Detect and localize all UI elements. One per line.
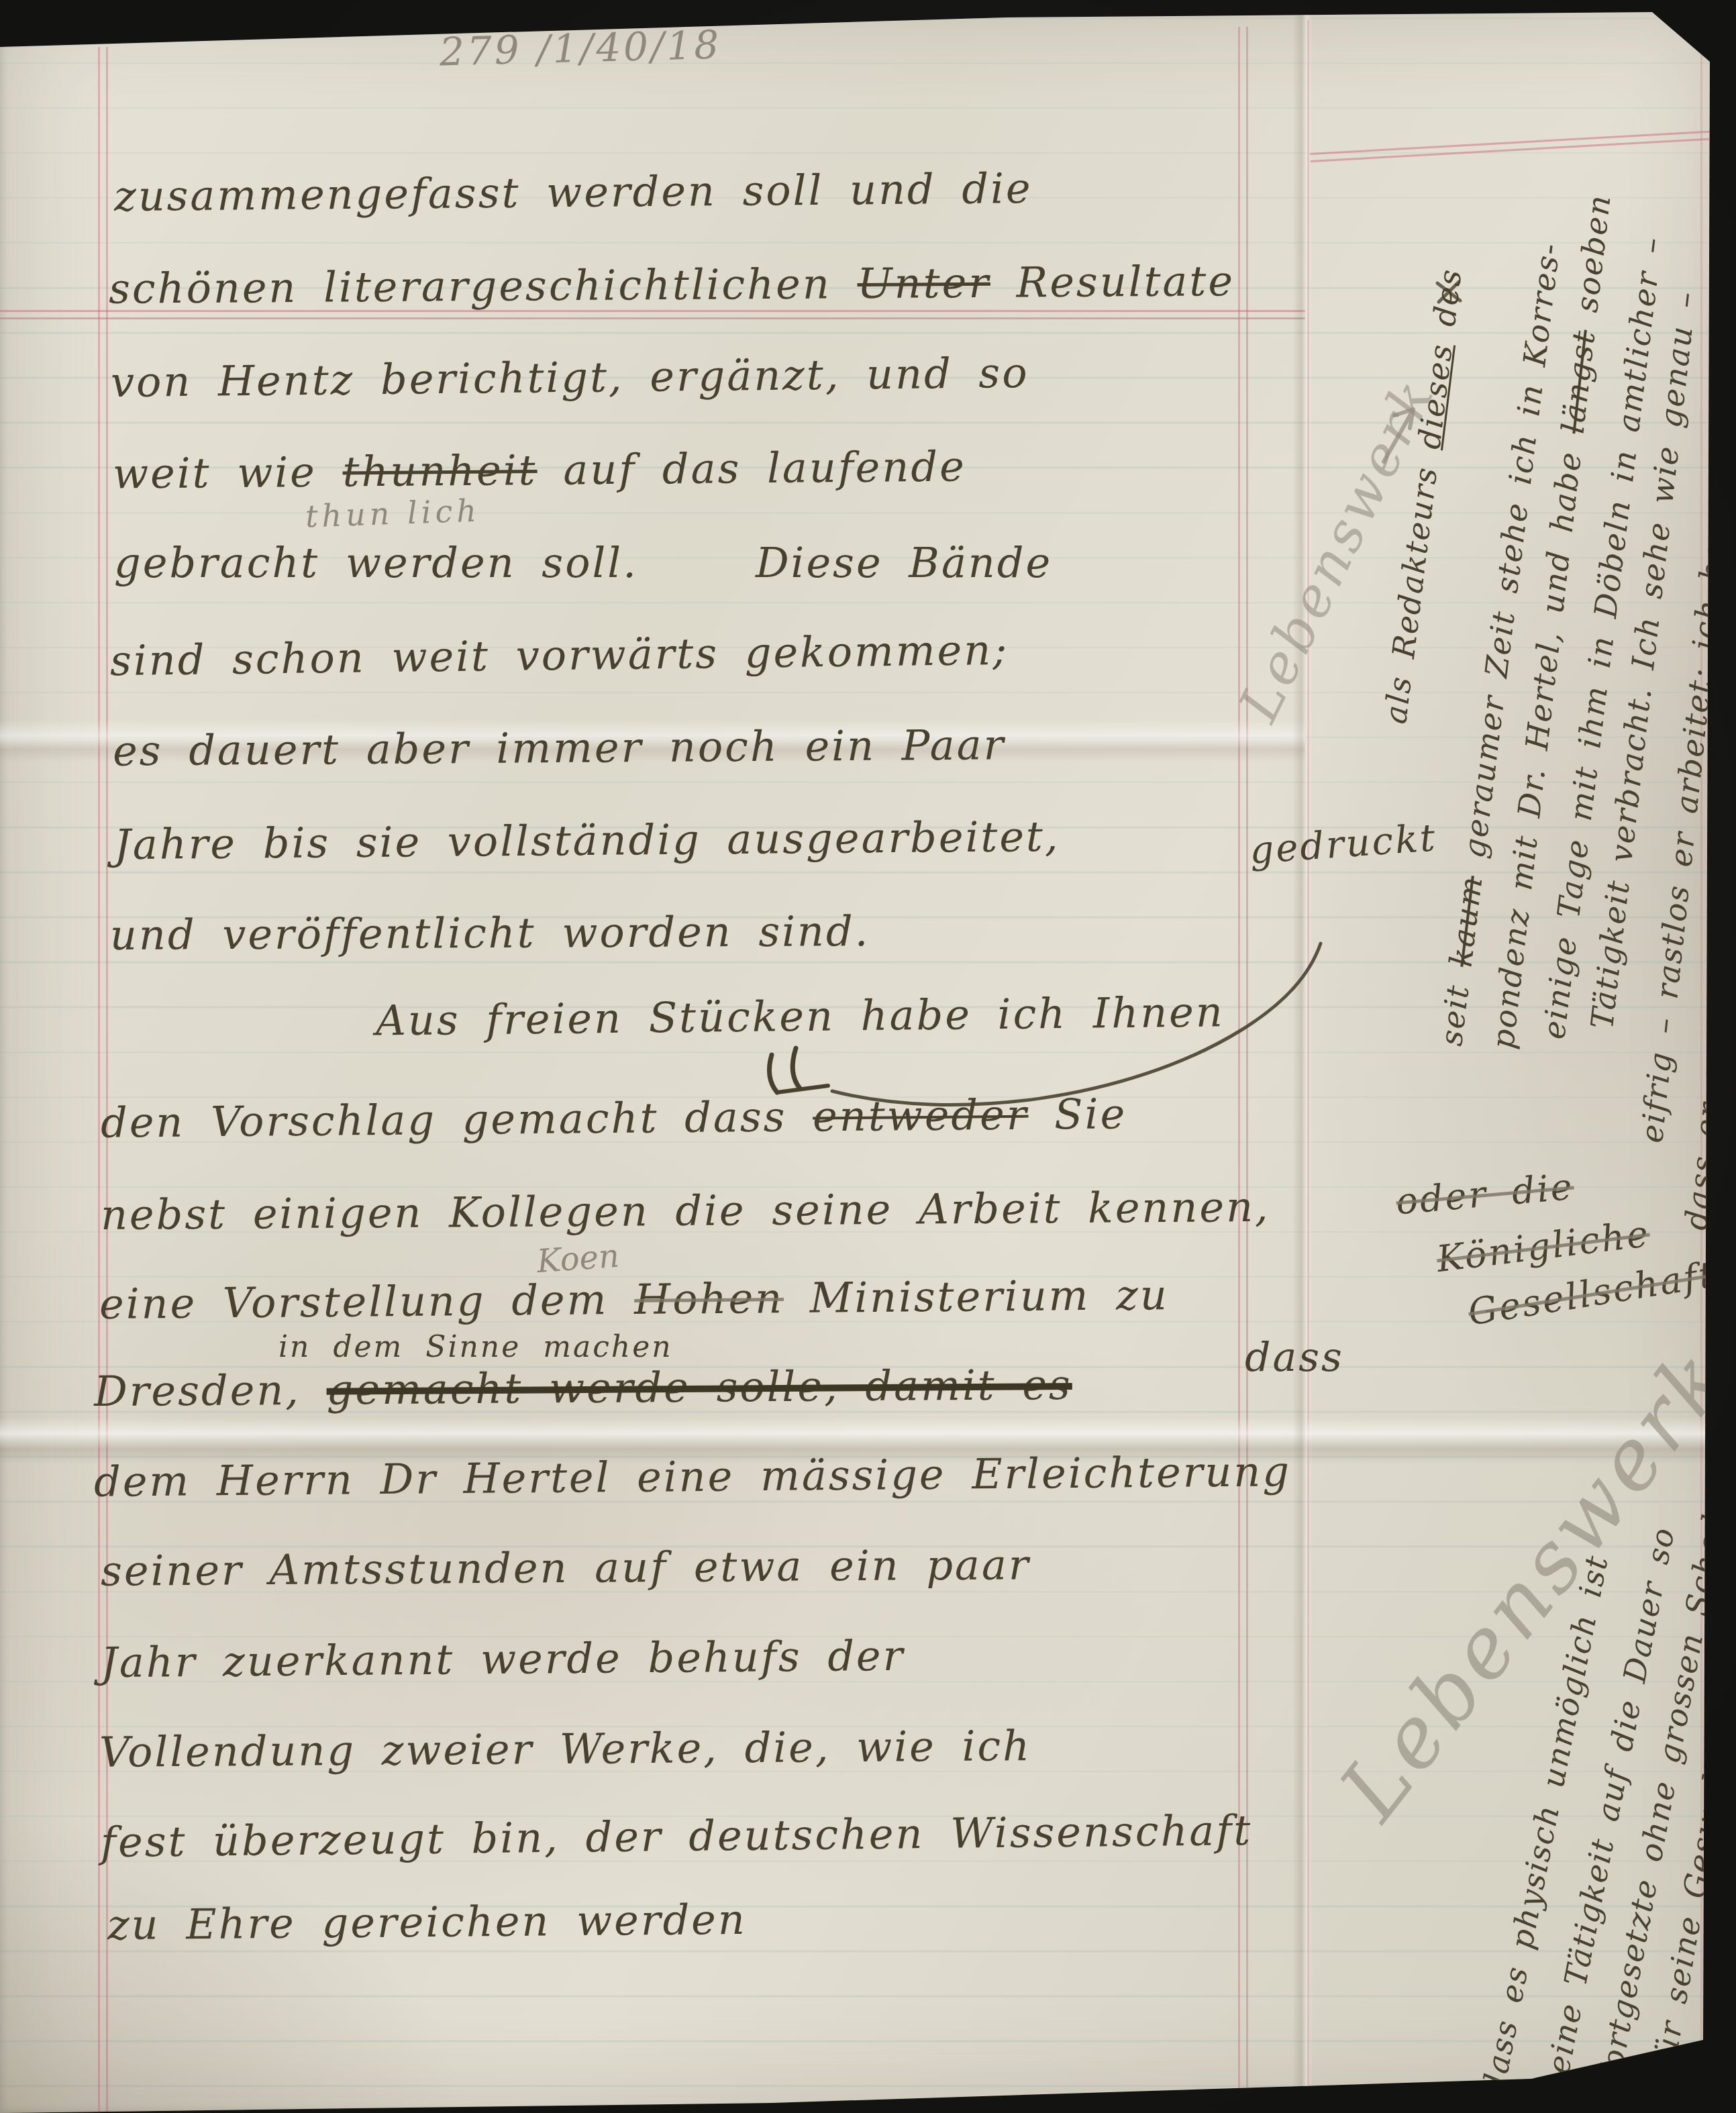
margin-note-top-line: setzen kann ohne seine gute Gesundheit	[1715, 174, 1736, 1446]
letter-page: 279 /1/40/18 zusammengefasst werden soll…	[0, 0, 1736, 2113]
ink-stroke-marks	[0, 0, 1736, 2113]
manuscript-scan: 279 /1/40/18 zusammengefasst werden soll…	[0, 0, 1736, 2113]
